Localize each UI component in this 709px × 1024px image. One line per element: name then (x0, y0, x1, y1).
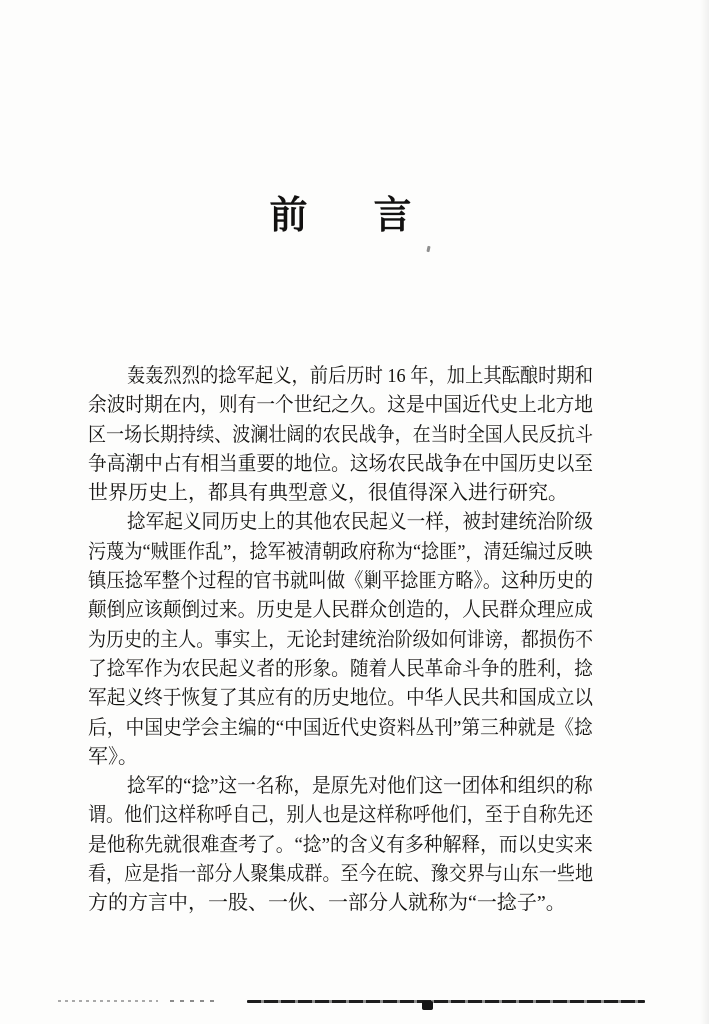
text-line: 军起义终于恢复了其应有的历史地位。中华人民共和国成立以 (88, 684, 593, 713)
page-title: 前言 (88, 184, 593, 239)
scan-edge-shading (700, 0, 709, 1024)
text-line: 争高潮中占有相当重要的地位。这场农民战争在中国历史以至 (88, 450, 593, 479)
title-char-qian: 前 (269, 195, 307, 237)
scan-artifact-blob (422, 1001, 433, 1010)
text-line: 后，中国史学会主编的“中国近代史资料丛刊”第三种就是《捻 (88, 714, 593, 743)
title-char-yan: 言 (374, 195, 412, 237)
text-line: 世界历史上，都具有典型意义，很值得深入进行研究。 (88, 479, 568, 508)
text-line: 是他称先就很难查考了。“捻”的含义有多种解释，而以史实来 (88, 831, 593, 860)
scan-speck-near-title (426, 246, 430, 252)
text-line: 轰轰烈烈的捻军起义，前后历时 16 年，加上其酝酿时期和 (127, 362, 593, 391)
text-line: 污蔑为“贼匪作乱”，捻军被清朝政府称为“捻匪”，清廷编过反映 (88, 538, 593, 567)
text-line: 捻军的“捻”这一名称，是原先对他们这一团体和组织的称 (127, 772, 593, 801)
preface-text: 轰轰烈烈的捻军起义，前后历时 16 年，加上其酝酿时期和 余波时期在内，则有一个… (88, 362, 593, 919)
text-line: 谓。他们这样称呼自己，别人也是这样称呼他们，至于自称先还 (88, 801, 593, 830)
text-line: 颠倒应该颠倒过来。历史是人民群众创造的，人民群众理应成 (88, 596, 593, 625)
text-line: 为历史的主人。事实上，无论封建统治阶级如何诽谤，都损伤不 (88, 626, 593, 655)
text-line: 区一场长期持续、波澜壮阔的农民战争，在当时全国人民反抗斗 (88, 421, 593, 450)
scan-artifact-line (247, 1000, 645, 1003)
text-line: 看，应是指一部分人聚集成群。至今在皖、豫交界与山东一些地 (88, 860, 593, 889)
scanned-page: 前言 轰轰烈烈的捻军起义，前后历时 16 年，加上其酝酿时期和 余波时期在内，则… (0, 0, 709, 1024)
scan-artifact-dashes-mid (170, 1000, 218, 1002)
scan-artifact-dashes-left (58, 1000, 158, 1002)
paragraph-2: 捻军起义同历史上的其他农民起义一样，被封建统治阶级 污蔑为“贼匪作乱”，捻军被清… (88, 508, 593, 772)
text-line: 镇压捻军整个过程的官书就叫做《剿平捻匪方略》。这种历史的 (88, 567, 593, 596)
text-line: 余波时期在内，则有一个世纪之久。这是中国近代史上北方地 (88, 391, 593, 420)
paragraph-3: 捻军的“捻”这一名称，是原先对他们这一团体和组织的称 谓。他们这样称呼自己，别人… (88, 772, 593, 918)
text-line: 捻军起义同历史上的其他农民起义一样，被封建统治阶级 (127, 508, 593, 537)
text-line: 了捻军作为农民起义者的形象。随着人民革命斗争的胜利，捻 (88, 655, 593, 684)
paragraph-1: 轰轰烈烈的捻军起义，前后历时 16 年，加上其酝酿时期和 余波时期在内，则有一个… (88, 362, 593, 508)
text-line: 方的方言中，一股、一伙、一部分人就称为“一捻子”。 (88, 889, 566, 918)
text-line: 军》。 (88, 743, 138, 772)
